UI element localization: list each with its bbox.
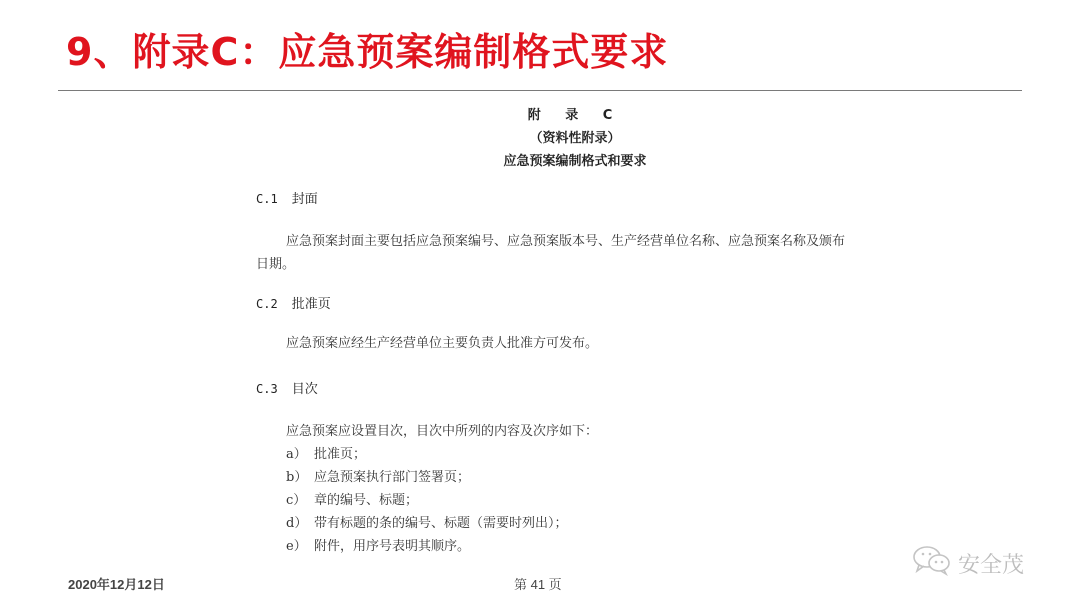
footer-page-number: 第 41 页	[514, 574, 562, 593]
section-title: 批准页	[292, 297, 331, 312]
list-text: 附件，用序号表明其顺序。	[314, 539, 470, 554]
wechat-icon	[912, 544, 958, 582]
section-paragraph-c1-line1: 应急预案封面主要包括应急预案编号、应急预案版本号、生产经营单位名称、应急预案名称…	[286, 230, 845, 249]
section-number: C.1	[256, 192, 278, 206]
watermark-text: 安全茂	[958, 548, 1024, 579]
section-title: 封面	[292, 192, 318, 207]
section-number: C.2	[256, 297, 278, 311]
list-text: 带有标题的条的编号、标题（需要时列出）；	[314, 516, 568, 531]
appendix-type: （资料性附录）	[0, 127, 1080, 146]
list-item: a）批准页；	[286, 443, 366, 462]
section-paragraph-c3: 应急预案应设置目次，目次中所列的内容及次序如下：	[286, 420, 598, 439]
section-heading-c2: C.2批准页	[256, 293, 331, 312]
section-paragraph-c1-line2: 日期。	[256, 253, 295, 272]
list-item: e）附件，用序号表明其顺序。	[286, 535, 470, 554]
list-marker: e）	[286, 535, 314, 554]
list-marker: d）	[286, 512, 314, 531]
list-marker: a）	[286, 443, 314, 462]
document-page: 附 录 C （资料性附录） 应急预案编制格式和要求 C.1封面 应急预案封面主要…	[0, 0, 1080, 608]
list-marker: b）	[286, 466, 314, 485]
list-item: c）章的编号、标题；	[286, 489, 418, 508]
section-title: 目次	[292, 382, 318, 397]
list-text: 批准页；	[314, 447, 366, 462]
list-text: 章的编号、标题；	[314, 493, 418, 508]
section-number: C.3	[256, 382, 278, 396]
footer-date: 2020年12月12日	[68, 574, 165, 593]
list-item: b）应急预案执行部门签署页；	[286, 466, 470, 485]
appendix-title: 应急预案编制格式和要求	[0, 150, 1080, 169]
appendix-label: 附 录 C	[0, 104, 1080, 123]
section-heading-c1: C.1封面	[256, 188, 318, 207]
watermark: 安全茂	[912, 544, 1024, 582]
section-paragraph-c2: 应急预案应经生产经营单位主要负责人批准方可发布。	[286, 332, 598, 351]
list-text: 应急预案执行部门签署页；	[314, 470, 470, 485]
list-marker: c）	[286, 489, 314, 508]
list-item: d）带有标题的条的编号、标题（需要时列出）；	[286, 512, 568, 531]
section-heading-c3: C.3目次	[256, 378, 318, 397]
